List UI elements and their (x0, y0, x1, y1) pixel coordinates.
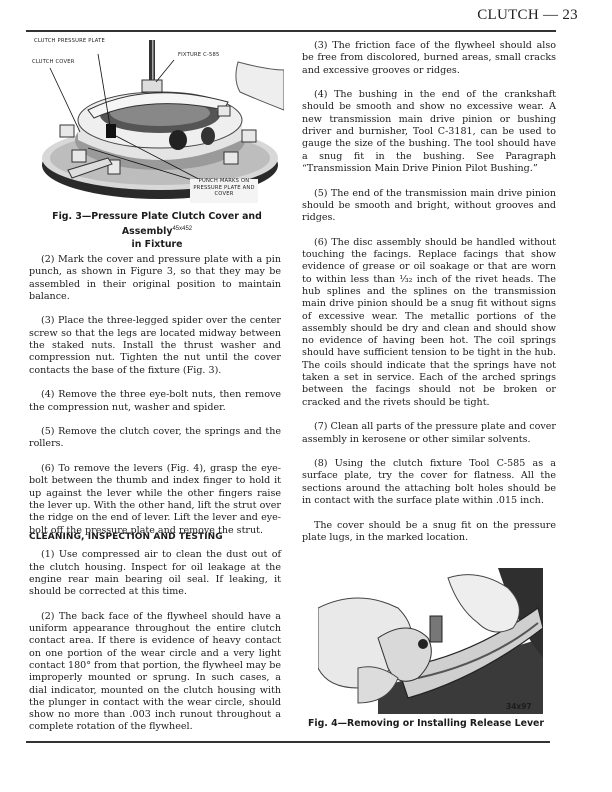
paragraph: (3) The friction face of the flywheel sh… (302, 40, 556, 77)
paragraph: (4) Remove the three eye-bolt nuts, then… (29, 389, 281, 414)
paragraph: (2) The back face of the flywheel should… (29, 611, 281, 734)
figure-4-code: 34x97 (506, 702, 532, 711)
figure-3-caption: Fig. 3—Pressure Plate Clutch Cover and A… (28, 210, 286, 251)
top-rule-divider (26, 30, 556, 32)
paragraph: (1) Use compressed air to clean the dust… (29, 549, 281, 598)
bottom-rule-divider (26, 741, 550, 743)
left-column: (2) Mark the cover and pressure plate wi… (29, 254, 281, 537)
release-lever-illustration (318, 568, 543, 714)
page-header-title: CLUTCH — 23 (477, 7, 578, 24)
paragraph: (8) Using the clutch fixture Tool C-585 … (302, 458, 556, 507)
figure-3-code: 45x452 (172, 226, 192, 232)
paragraph: The cover should be a snug fit on the pr… (302, 520, 556, 545)
paragraph: (2) Mark the cover and pressure plate wi… (29, 254, 281, 303)
figure-3-photo: CLUTCH PRESSURE PLATE CLUTCH COVER FIXTU… (28, 40, 284, 208)
label-punch-marks: PUNCH MARKS ON PRESSURE PLATE AND COVER (188, 178, 260, 198)
paragraph: (6) The disc assembly should be handled … (302, 237, 556, 409)
section-heading: CLEANING, INSPECTION AND TESTING (29, 531, 281, 543)
label-fixture: FIXTURE C-585 (178, 52, 219, 59)
paragraph: (6) To remove the levers (Fig. 4), grasp… (29, 463, 281, 537)
figure-4-caption: Fig. 4—Removing or Installing Release Le… (300, 717, 552, 730)
paragraph: (7) Clean all parts of the pressure plat… (302, 421, 556, 446)
paragraph: (4) The bushing in the end of the cranks… (302, 89, 556, 175)
label-clutch-pressure-plate: CLUTCH PRESSURE PLATE (34, 38, 105, 45)
right-column: (3) The friction face of the flywheel sh… (302, 40, 556, 544)
figure-3-caption-line2: in Fixture (132, 239, 183, 250)
cleaning-section: CLEANING, INSPECTION AND TESTING (1) Use… (29, 531, 281, 734)
figure-4-photo (318, 568, 543, 714)
paragraph: (5) The end of the transmission main dri… (302, 188, 556, 225)
paragraph: (5) Remove the clutch cover, the springs… (29, 426, 281, 451)
paragraph: (3) Place the three-legged spider over t… (29, 315, 281, 376)
label-clutch-cover: CLUTCH COVER (32, 59, 75, 66)
figure-3-caption-text: Fig. 3—Pressure Plate Clutch Cover and A… (52, 211, 262, 237)
